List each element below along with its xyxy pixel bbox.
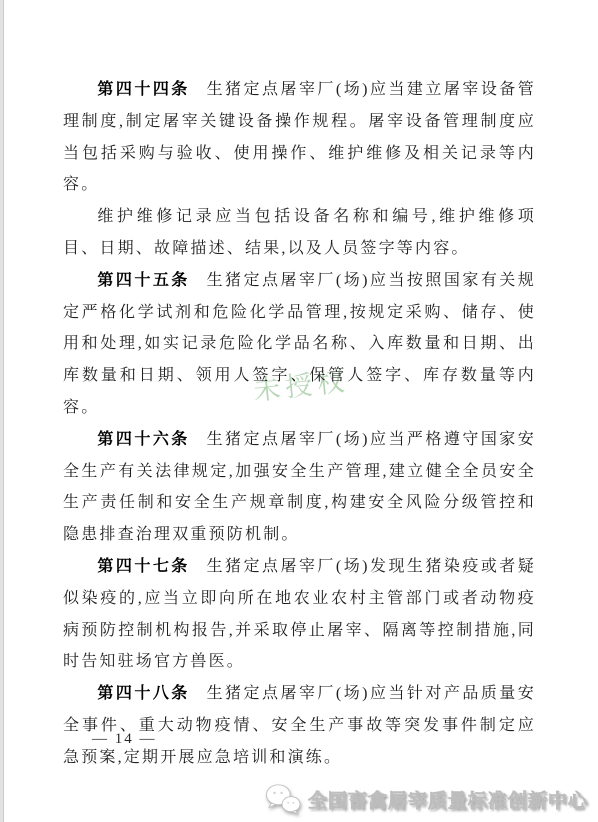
article-paragraph: 第四十四条生猪定点屠宰厂(场)应当建立屠宰设备管理制度,制定屠宰关键设备操作规程… bbox=[63, 74, 536, 201]
article-paragraph: 第四十六条生猪定点屠宰厂(场)应当严格遵守国家安全生产有关法律规定,加强安全生产… bbox=[63, 424, 536, 551]
article-number: 第四十七条 bbox=[97, 558, 189, 575]
article-paragraph: 第四十八条生猪定点屠宰厂(场)应当针对产品质量安全事件、重大动物疫情、安全生产事… bbox=[63, 678, 536, 773]
footer-brand-watermark: 全国畜禽屠宰质量标准创新中心 bbox=[264, 782, 588, 816]
article-paragraph: 维护维修记录应当包括设备名称和编号,维护维修项目、日期、故障描述、结果,以及人员… bbox=[63, 201, 536, 265]
article-text: 生猪定点屠宰厂(场)应当按照国家有关规定严格化学试剂和危险化学品管理,按规定采购… bbox=[63, 272, 536, 416]
wechat-logo-icon bbox=[264, 782, 302, 816]
article-number: 第四十五条 bbox=[97, 272, 189, 289]
article-number: 第四十六条 bbox=[97, 431, 189, 448]
scan-edge-artifact bbox=[0, 0, 4, 822]
article-number: 第四十八条 bbox=[97, 685, 189, 702]
article-text: 维护维修记录应当包括设备名称和编号,维护维修项目、日期、故障描述、结果,以及人员… bbox=[63, 208, 536, 257]
article-number: 第四十四条 bbox=[97, 81, 189, 98]
document-body: 第四十四条生猪定点屠宰厂(场)应当建立屠宰设备管理制度,制定屠宰关键设备操作规程… bbox=[63, 74, 536, 774]
footer-brand-text: 全国畜禽屠宰质量标准创新中心 bbox=[308, 786, 588, 813]
article-paragraph: 第四十五条生猪定点屠宰厂(场)应当按照国家有关规定严格化学试剂和危险化学品管理,… bbox=[63, 265, 536, 424]
article-paragraph: 第四十七条生猪定点屠宰厂(场)发现生猪染疫或者疑似染疫的,应当立即向所在地农业农… bbox=[63, 551, 536, 678]
